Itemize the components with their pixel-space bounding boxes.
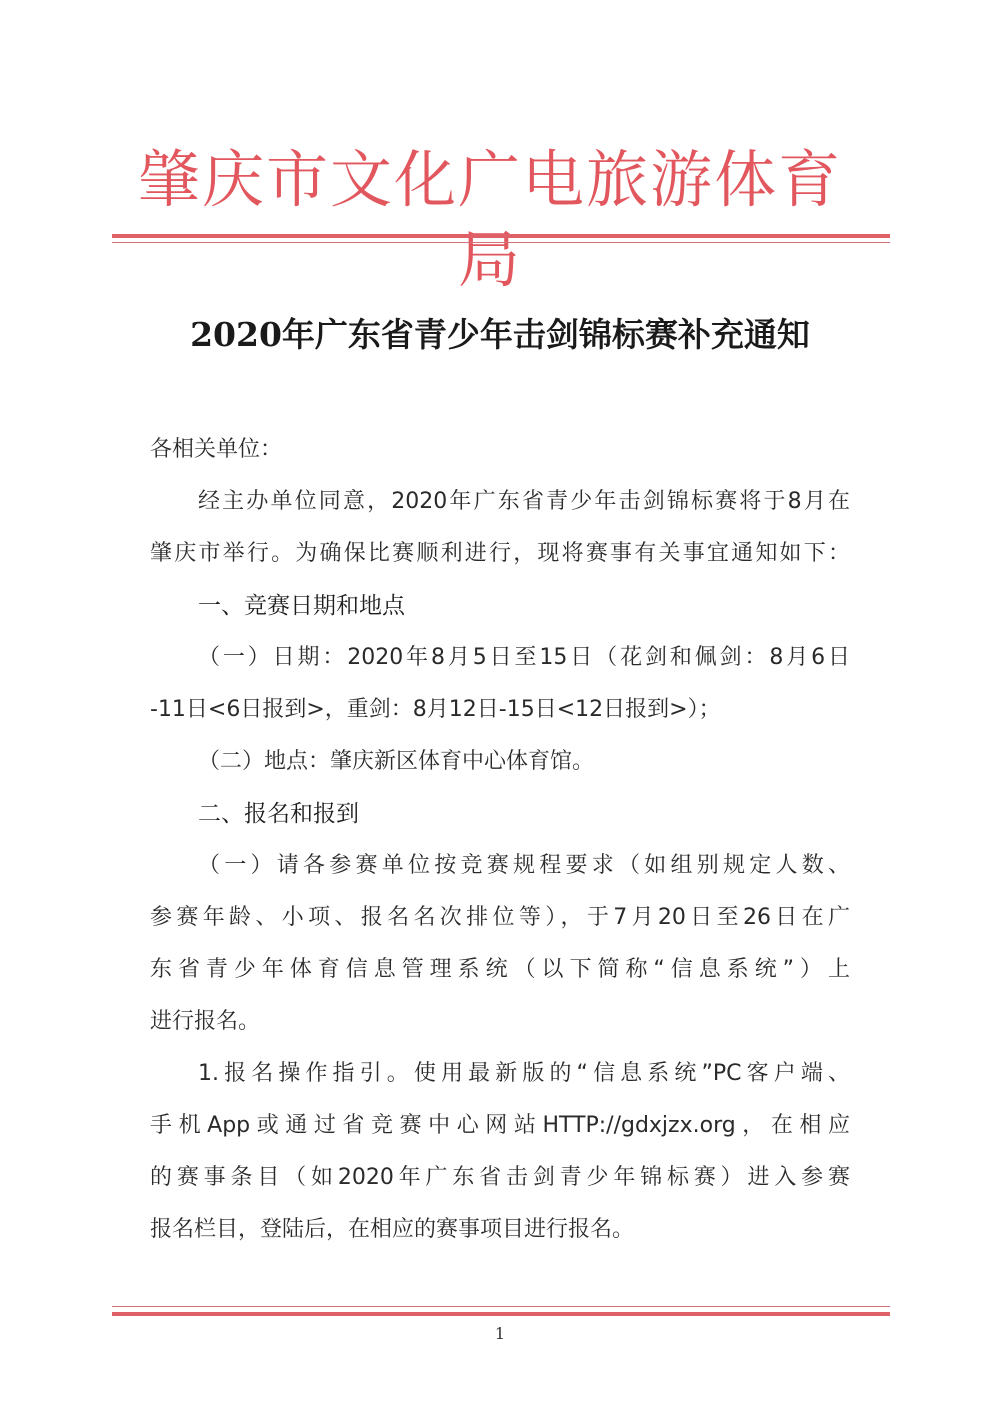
guide-line-3: 的赛事条目（如2020年广东省击剑青少年锦标赛）进入参赛 — [150, 1152, 850, 1204]
document-title: 2020年广东省青少年击剑锦标赛补充通知 — [140, 312, 860, 358]
letterhead-rule-thin — [112, 242, 890, 243]
registration-line-4: 进行报名。 — [150, 996, 850, 1048]
registration-line-1: （一）请各参赛单位按竞赛规程要求（如组别规定人数、 — [150, 840, 850, 892]
document-body: 各相关单位： 经主办单位同意，2020年广东省青少年击剑锦标赛将于8月在 肇庆市… — [150, 424, 850, 1256]
registration-line-2: 参赛年龄、小项、报名名次排位等），于7月20日至26日在广 — [150, 892, 850, 944]
guide-line-2: 手机App或通过省竞赛中心网站HTTP://gdxjzx.org，在相应 — [150, 1100, 850, 1152]
section-heading-2: 二、报名和报到 — [150, 788, 850, 840]
date-line-2: -11日<6日报到>，重剑：8月12日-15日<12日报到>）； — [150, 684, 850, 736]
intro-line-1: 经主办单位同意，2020年广东省青少年击剑锦标赛将于8月在 — [150, 476, 850, 528]
guide-line-1: 1.报名操作指引。使用最新版的“信息系统”PC客户端、 — [150, 1048, 850, 1100]
section-heading-1: 一、竞赛日期和地点 — [150, 580, 850, 632]
footer-rule-thin — [112, 1306, 890, 1307]
page-number: 1 — [480, 1324, 520, 1343]
salutation: 各相关单位： — [150, 424, 850, 476]
registration-line-3: 东省青少年体育信息管理系统（以下简称“信息系统”）上 — [150, 944, 850, 996]
intro-line-2: 肇庆市举行。为确保比赛顺利进行，现将赛事有关事宜通知如下： — [150, 528, 850, 580]
letterhead-title: 肇庆市文化广电旅游体育局 — [120, 140, 860, 300]
guide-line-4: 报名栏目，登陆后，在相应的赛事项目进行报名。 — [150, 1204, 850, 1256]
letterhead-rule-thick — [112, 234, 890, 238]
venue-line: （二）地点：肇庆新区体育中心体育馆。 — [150, 736, 850, 788]
date-line-1: （一）日期：2020年8月5日至15日（花剑和佩剑：8月6日 — [150, 632, 850, 684]
footer-rule-thick — [112, 1312, 890, 1316]
